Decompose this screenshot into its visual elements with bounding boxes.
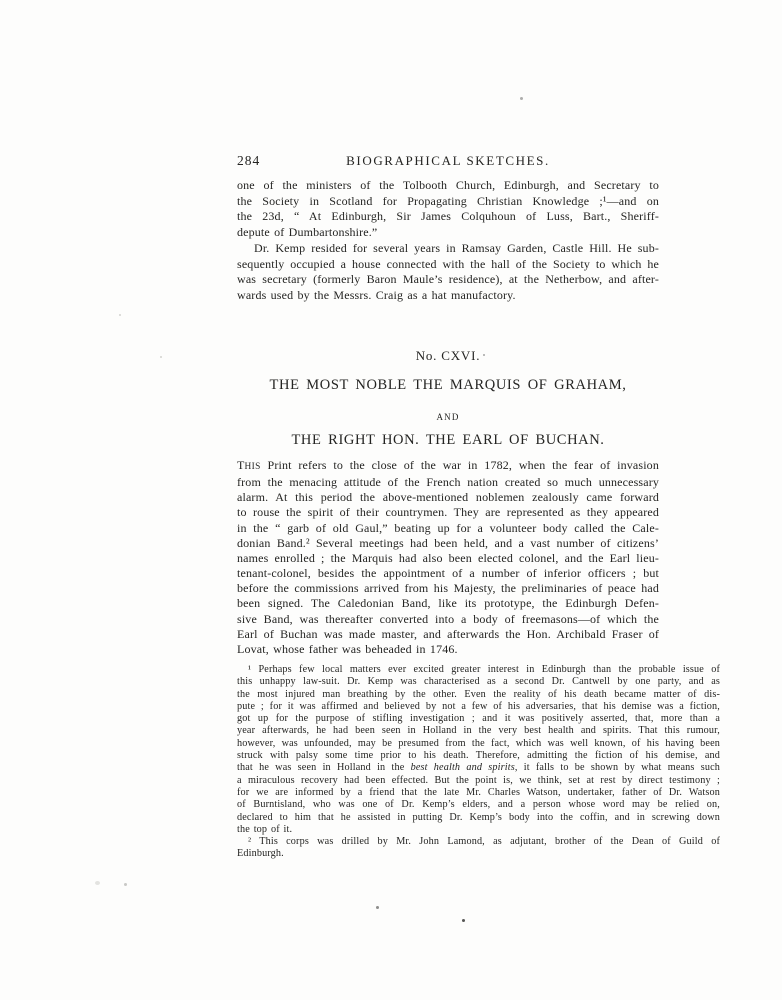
- text-line: this unhappy law-suit. Dr. Kemp was char…: [237, 676, 720, 688]
- section-number-heading: No. CXVI.: [237, 348, 659, 364]
- text-line: of Burntisland, who was one of Dr. Kemp’…: [237, 799, 720, 811]
- text-line: alarm. At this period the above-mentione…: [237, 490, 659, 505]
- scan-artifact: [119, 314, 121, 316]
- footnote-1: ¹ Perhaps few local matters ever excited…: [237, 664, 720, 836]
- body-section: THIS Print refers to the close of the wa…: [237, 458, 659, 657]
- section-title-line2: THE RIGHT HON. THE EARL OF BUCHAN.: [237, 432, 659, 449]
- text-line: names enrolled ; the Marquis had also be…: [237, 551, 659, 566]
- scan-artifact: [95, 881, 100, 885]
- text-line: wards used by the Messrs. Craig as a hat…: [237, 288, 659, 304]
- body-paragraph: THIS Print refers to the close of the wa…: [237, 458, 659, 657]
- paragraph: Dr. Kemp resided for several years in Ra…: [237, 241, 659, 304]
- text-line: declared to him that he assisted in putt…: [237, 812, 720, 824]
- text-line: a miraculous recovery had been effected.…: [237, 775, 720, 787]
- text-line: ¹ Perhaps few local matters ever excited…: [237, 664, 720, 676]
- text-line: to rouse the spirit of their countrymen.…: [237, 505, 659, 520]
- scan-artifact: [672, 680, 674, 682]
- text-line: year afterwards, he had been seen in Hol…: [237, 725, 720, 737]
- text-line: the Society in Scotland for Propagating …: [237, 194, 659, 210]
- text-line: pute ; for it was affirmed and believed …: [237, 701, 720, 713]
- text-line: that he was seen in Holland in the best …: [237, 762, 720, 774]
- text-line: Earl of Buchan was made master, and afte…: [237, 627, 659, 642]
- text-line: the most injured man breathing by the ot…: [237, 689, 720, 701]
- text-line: Edinburgh.: [237, 848, 720, 860]
- text-line: depute of Dumbartonshire.”: [237, 225, 659, 241]
- text-line: the top of it.: [237, 824, 720, 836]
- text-line: one of the ministers of the Tolbooth Chu…: [237, 178, 659, 194]
- page-header: 284 BIOGRAPHICAL SKETCHES.: [237, 153, 659, 169]
- text-line: Lovat, whose father was beheaded in 1746…: [237, 642, 659, 657]
- text-line: in the “ garb of old Gaul,” beating up f…: [237, 521, 659, 536]
- scan-artifact: [124, 883, 127, 886]
- scan-artifact: [160, 356, 162, 358]
- section-conjunction: AND: [237, 412, 659, 422]
- section-title-line1: THE MOST NOBLE THE MARQUIS OF GRAHAM,: [237, 377, 659, 394]
- scanned-book-page: 284 BIOGRAPHICAL SKETCHES. one of the mi…: [0, 0, 782, 1000]
- text-line: sequently occupied a house connected wit…: [237, 257, 659, 273]
- scan-artifact: [520, 97, 523, 100]
- text-line: THIS Print refers to the close of the wa…: [237, 458, 659, 475]
- scan-artifact: [483, 354, 485, 356]
- footnote-2: ² This corps was drilled by Mr. John Lam…: [237, 836, 720, 861]
- footnotes-section: ¹ Perhaps few local matters ever excited…: [237, 664, 720, 861]
- text-line: was secretary (formerly Baron Maule’s re…: [237, 272, 659, 288]
- scan-artifact: [376, 906, 379, 909]
- text-line: for we are informed by a friend that the…: [237, 787, 720, 799]
- text-line: however, was unfounded, may be presumed …: [237, 738, 720, 750]
- intro-section: one of the ministers of the Tolbooth Chu…: [237, 178, 659, 304]
- text-line: Dr. Kemp resided for several years in Ra…: [237, 241, 659, 257]
- text-line: the 23d, “ At Edinburgh, Sir James Colqu…: [237, 209, 659, 225]
- text-line: from the menacing attitude of the French…: [237, 475, 659, 490]
- text-line: sive Band, was thereafter converted into…: [237, 612, 659, 627]
- paragraph: one of the ministers of the Tolbooth Chu…: [237, 178, 659, 241]
- text-line: donian Band.² Several meetings had been …: [237, 536, 659, 551]
- text-line: got up for the purpose of stifling inves…: [237, 713, 720, 725]
- text-line: tenant-colonel, besides the appointment …: [237, 566, 659, 581]
- scan-artifact: [462, 919, 465, 922]
- text-line: before the commissions arrived from his …: [237, 581, 659, 596]
- text-line: ² This corps was drilled by Mr. John Lam…: [237, 836, 720, 848]
- text-line: been signed. The Caledonian Band, like i…: [237, 596, 659, 611]
- text-line: struck with palsy some time prior to his…: [237, 750, 720, 762]
- running-title: BIOGRAPHICAL SKETCHES.: [237, 153, 659, 169]
